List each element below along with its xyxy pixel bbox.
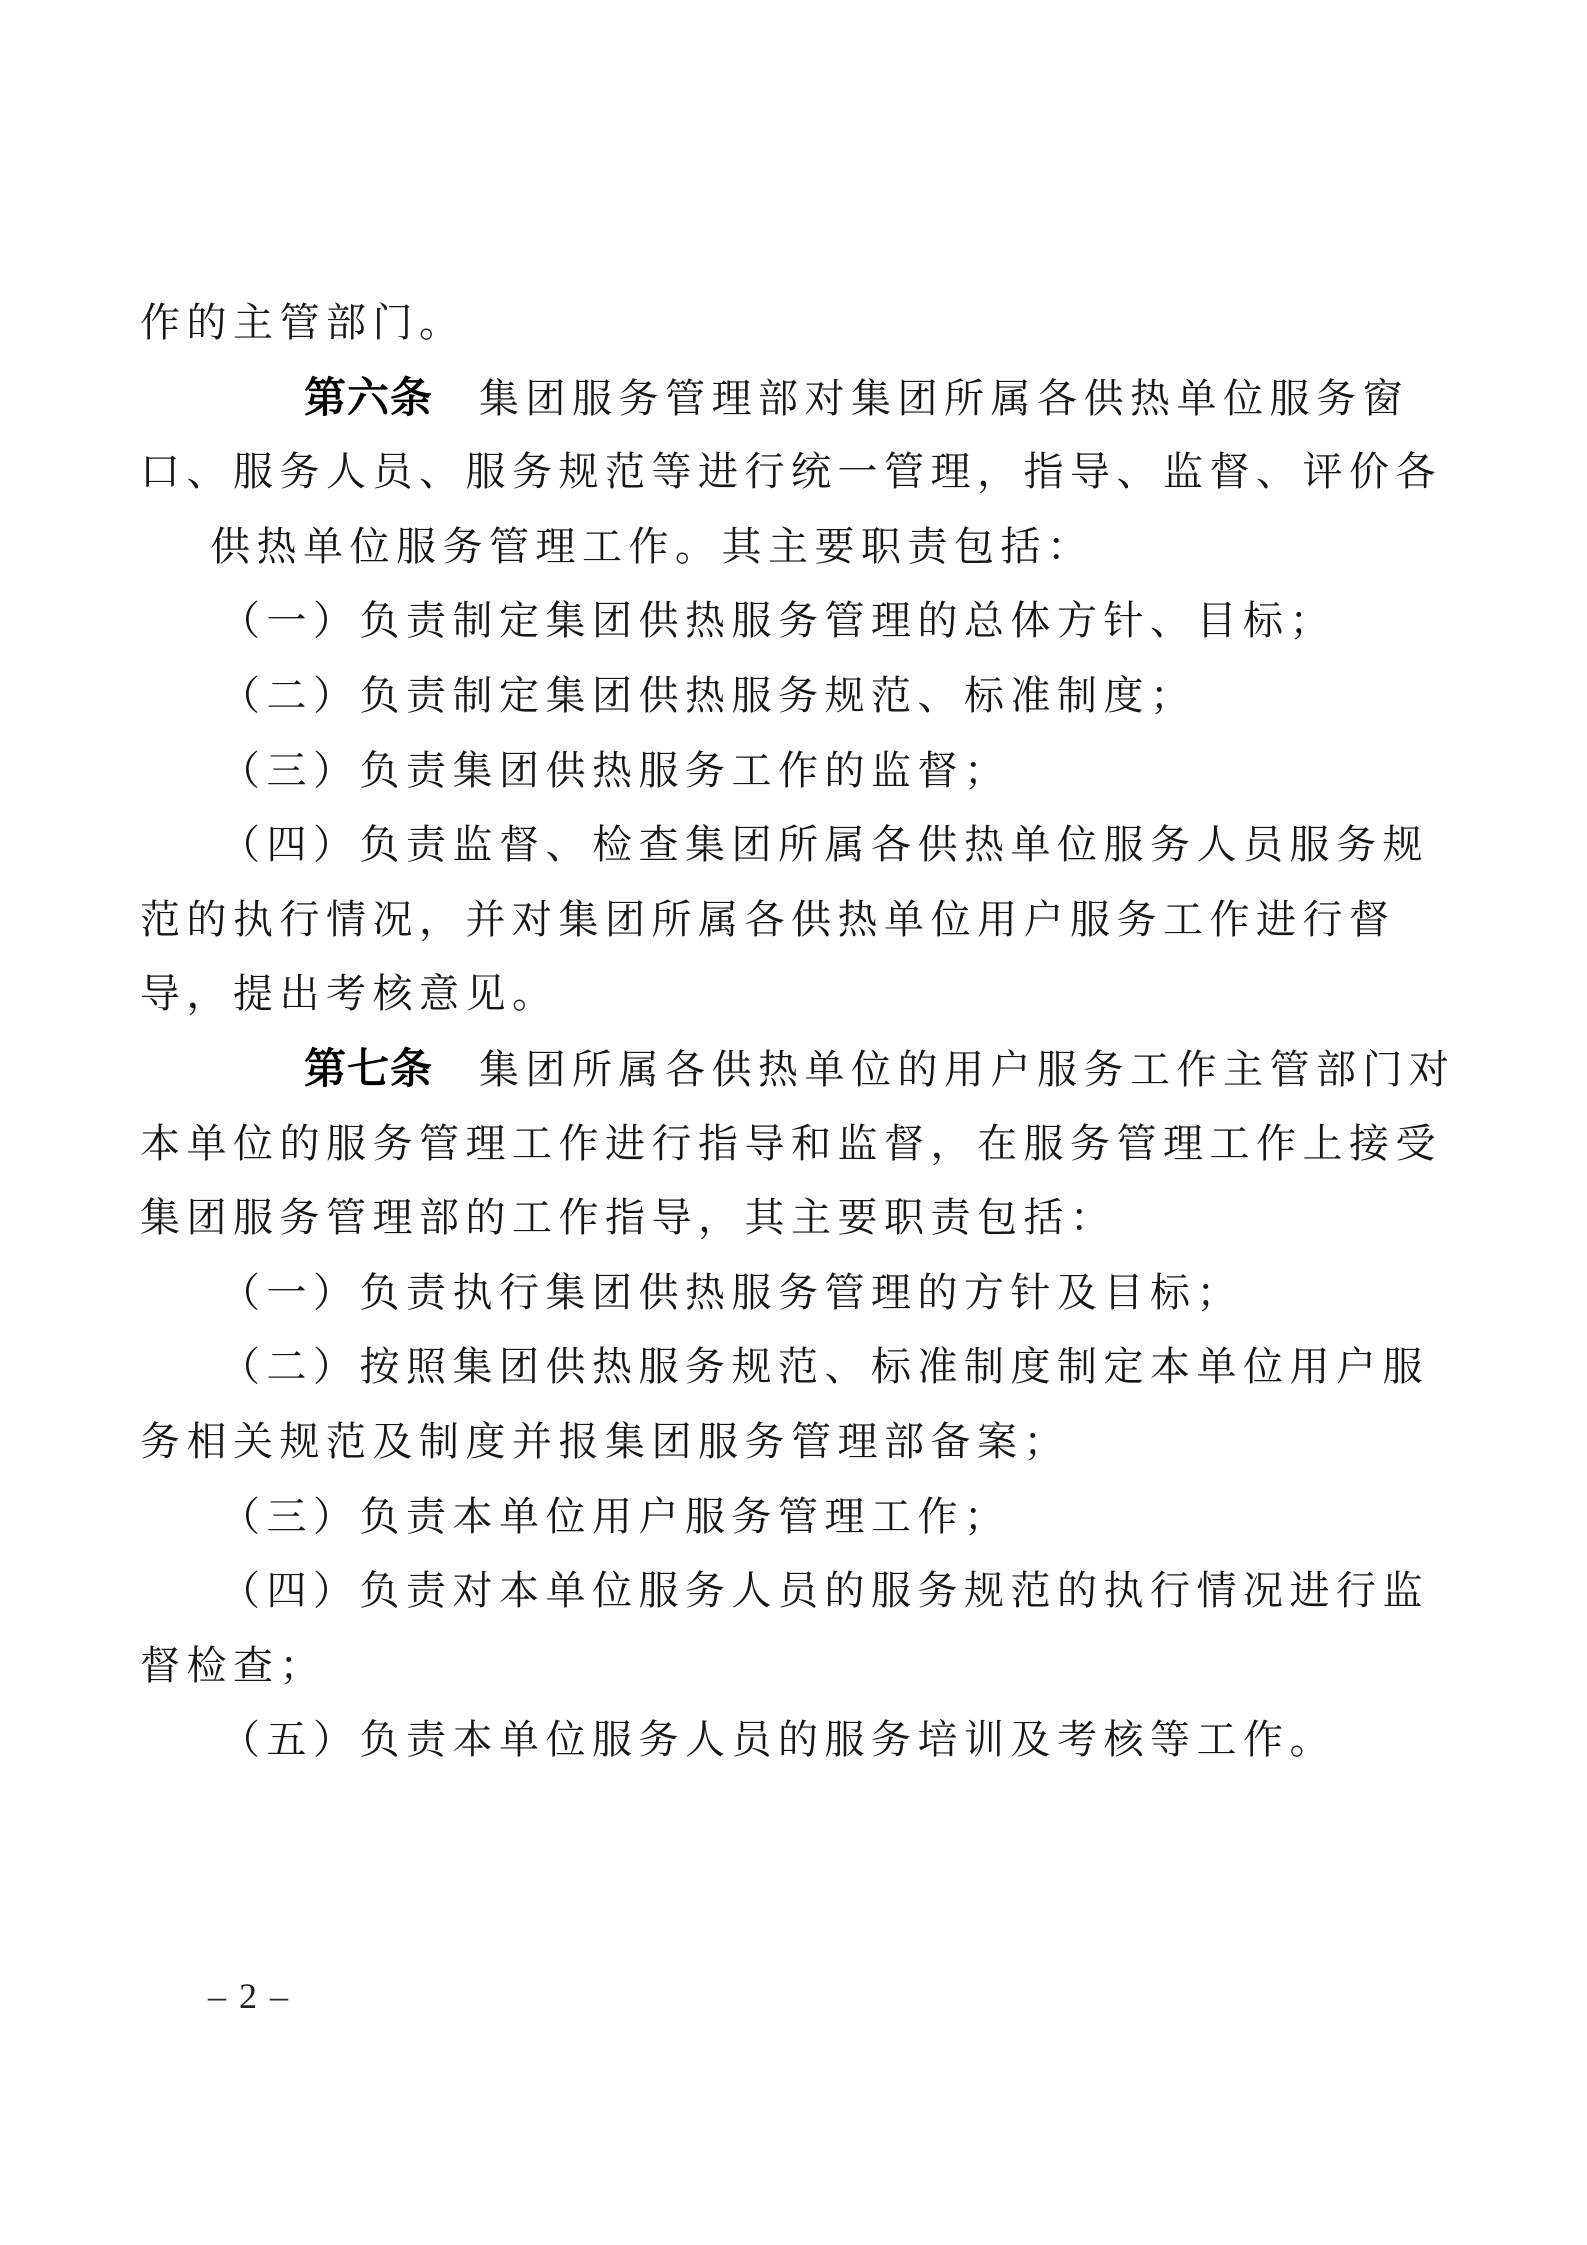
page-number: – 2 – — [208, 1972, 290, 2020]
doc-line: 务相关规范及制度并报集团服务管理部备案； — [140, 1405, 1470, 1480]
article-7-text: 集团所属各供热单位的用户服务工作主管部门对 — [479, 1047, 1456, 1092]
article-6-item-3: （三）负责集团供热服务工作的监督； — [140, 734, 1470, 809]
article-7-item-5: （五）负责本单位服务人员的服务培训及考核等工作。 — [140, 1703, 1470, 1778]
article-6-number: 第六条 — [304, 374, 433, 421]
doc-line: 本单位的服务管理工作进行指导和监督，在服务管理工作上接受 — [140, 1107, 1470, 1182]
article-7-item-3: （三）负责本单位用户服务管理工作； — [140, 1480, 1470, 1555]
document-text-block: 作的主管部门。 第六条集团服务管理部对集团所属各供热单位服务窗 口、服务人员、服… — [140, 286, 1470, 1778]
article-7-item-1: （一）负责执行集团供热服务管理的方针及目标； — [140, 1256, 1470, 1331]
doc-line: 作的主管部门。 — [140, 286, 1470, 361]
document-page: 作的主管部门。 第六条集团服务管理部对集团所属各供热单位服务窗 口、服务人员、服… — [0, 0, 1587, 2245]
doc-line: 范的执行情况，并对集团所属各供热单位用户服务工作进行督 — [140, 883, 1470, 958]
doc-line: 供热单位服务管理工作。其主要职责包括： — [140, 510, 1470, 585]
article-6-text: 集团服务管理部对集团所属各供热单位服务窗 — [479, 376, 1409, 421]
doc-line: 督检查； — [140, 1629, 1470, 1704]
article-6-item-2: （二）负责制定集团供热服务规范、标准制度； — [140, 659, 1470, 734]
article-7-item-4: （四）负责对本单位服务人员的服务规范的执行情况进行监 — [140, 1554, 1470, 1629]
article-6-item-4: （四）负责监督、检查集团所属各供热单位服务人员服务规 — [140, 808, 1470, 883]
doc-line: 导，提出考核意见。 — [140, 957, 1470, 1032]
article-7-item-2: （二）按照集团供热服务规范、标准制度制定本单位用户服 — [140, 1330, 1470, 1405]
article-6-item-1: （一）负责制定集团供热服务管理的总体方针、目标； — [140, 584, 1470, 659]
article-7-number: 第七条 — [304, 1045, 433, 1092]
doc-line: 口、服务人员、服务规范等进行统一管理，指导、监督、评价各 — [140, 435, 1470, 510]
article-6-heading-line: 第六条集团服务管理部对集团所属各供热单位服务窗 — [140, 361, 1470, 436]
doc-line: 集团服务管理部的工作指导，其主要职责包括： — [140, 1181, 1470, 1256]
article-7-heading-line: 第七条集团所属各供热单位的用户服务工作主管部门对 — [140, 1032, 1470, 1107]
